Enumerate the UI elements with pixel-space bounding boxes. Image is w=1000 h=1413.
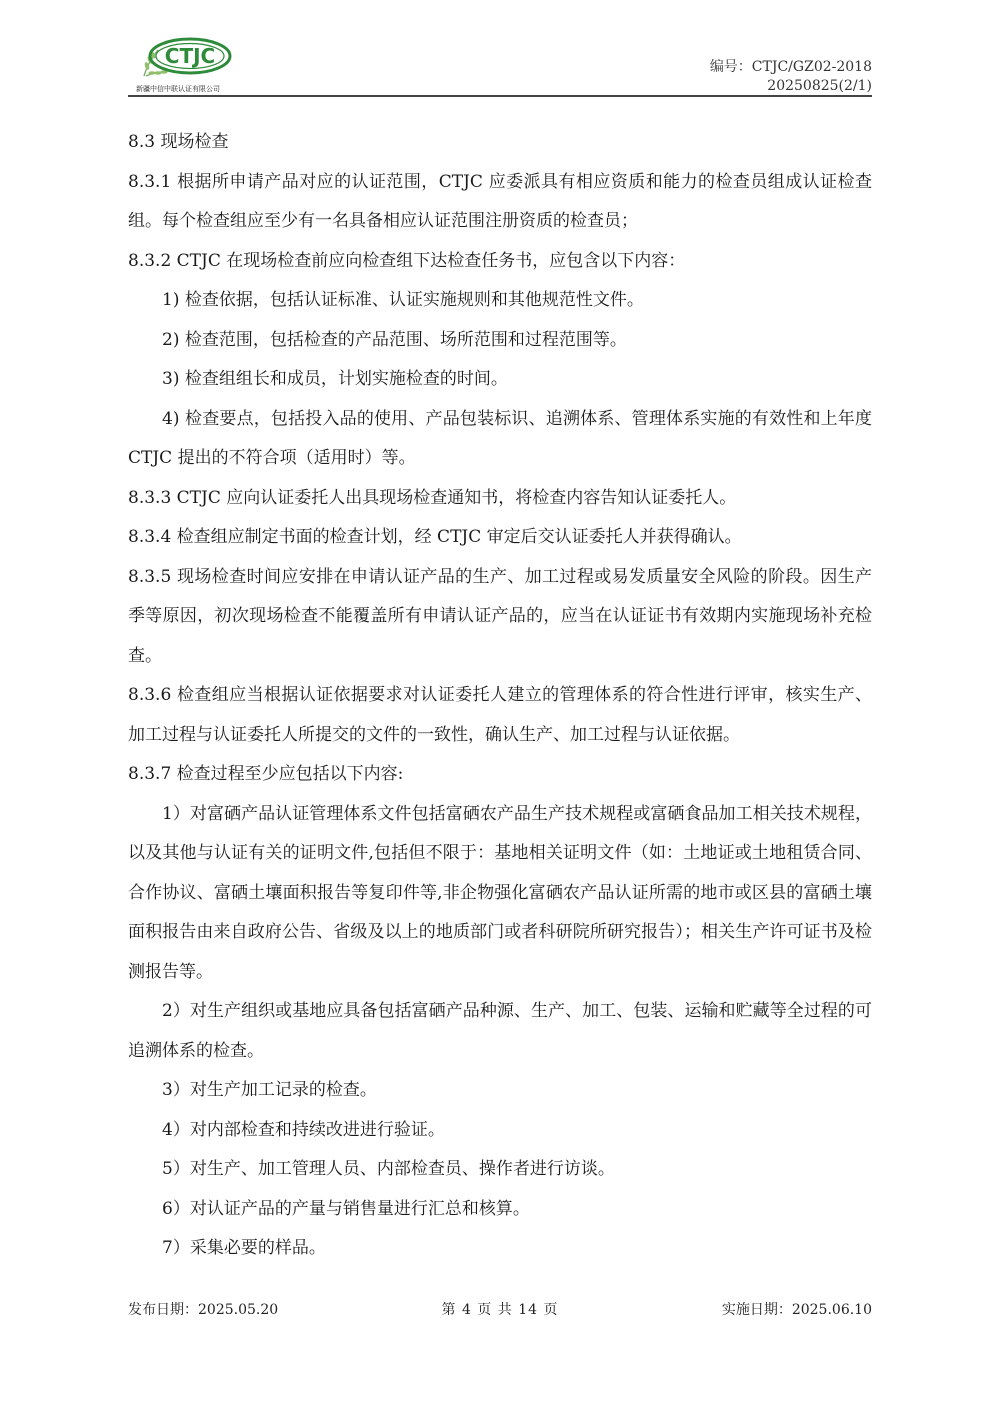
paragraph: 3) 检查组组长和成员，计划实施检查的时间。: [128, 360, 872, 400]
paragraph: 6）对认证产品的产量与销售量进行汇总和核算。: [128, 1190, 872, 1230]
paragraph: 8.3.4 检查组应制定书面的检查计划，经 CTJC 审定后交认证委托人并获得确…: [128, 518, 872, 558]
paragraph: 8.3.7 检查过程至少应包括以下内容:: [128, 755, 872, 795]
paragraph: 8.3.3 CTJC 应向认证委托人出具现场检查通知书，将检查内容告知认证委托人…: [128, 479, 872, 519]
paragraph: 4) 检查要点，包括投入品的使用、产品包装标识、追溯体系、管理体系实施的有效性和…: [128, 400, 872, 479]
document-version: 20250825(2/1): [710, 77, 872, 96]
paragraph: 1) 检查依据，包括认证标准、认证实施规则和其他规范性文件。: [128, 281, 872, 321]
paragraph: 3）对生产加工记录的检查。: [128, 1071, 872, 1111]
paragraph: 8.3.1 根据所申请产品对应的认证范围，CTJC 应委派具有相应资质和能力的检…: [128, 163, 872, 242]
paragraph: 8.3.5 现场检查时间应安排在申请认证产品的生产、加工过程或易发质量安全风险的…: [128, 558, 872, 677]
paragraph: 1）对富硒产品认证管理体系文件包括富硒农产品生产技术规程或富硒食品加工相关技术规…: [128, 795, 872, 993]
page-header: CTJC 新疆中信中联认证有限公司 编号：CTJC/GZ02-2018 2025…: [128, 34, 872, 102]
paragraph: 5）对生产、加工管理人员、内部检查员、操作者进行访谈。: [128, 1150, 872, 1190]
svg-text:CTJC: CTJC: [165, 44, 215, 68]
paragraph: 4）对内部检查和持续改进进行验证。: [128, 1111, 872, 1151]
document-number-block: 编号：CTJC/GZ02-2018 20250825(2/1): [710, 58, 872, 96]
company-name: 新疆中信中联认证有限公司: [136, 84, 220, 94]
effective-date: 实施日期：2025.06.10: [722, 1299, 872, 1319]
document-number: 编号：CTJC/GZ02-2018: [710, 58, 872, 77]
paragraph: 7）采集必要的样品。: [128, 1229, 872, 1269]
section-title: 8.3 现场检查: [128, 123, 872, 163]
paragraph-list: 8.3.1 根据所申请产品对应的认证范围，CTJC 应委派具有相应资质和能力的检…: [128, 163, 872, 1269]
paragraph: 8.3.6 检查组应当根据认证依据要求对认证委托人建立的管理体系的符合性进行评审…: [128, 676, 872, 755]
ctjc-logo-icon: CTJC: [134, 36, 234, 84]
paragraph: 2）对生产组织或基地应具备包括富硒产品种源、生产、加工、包装、运输和贮藏等全过程…: [128, 992, 872, 1071]
paragraph: 8.3.2 CTJC 在现场检查前应向检查组下达检查任务书，应包含以下内容：: [128, 242, 872, 282]
document-body: 8.3 现场检查 8.3.1 根据所申请产品对应的认证范围，CTJC 应委派具有…: [128, 123, 872, 1269]
paragraph: 2) 检查范围，包括检查的产品范围、场所范围和过程范围等。: [128, 321, 872, 361]
header-divider: [128, 95, 872, 97]
company-logo: CTJC 新疆中信中联认证有限公司: [134, 36, 234, 96]
